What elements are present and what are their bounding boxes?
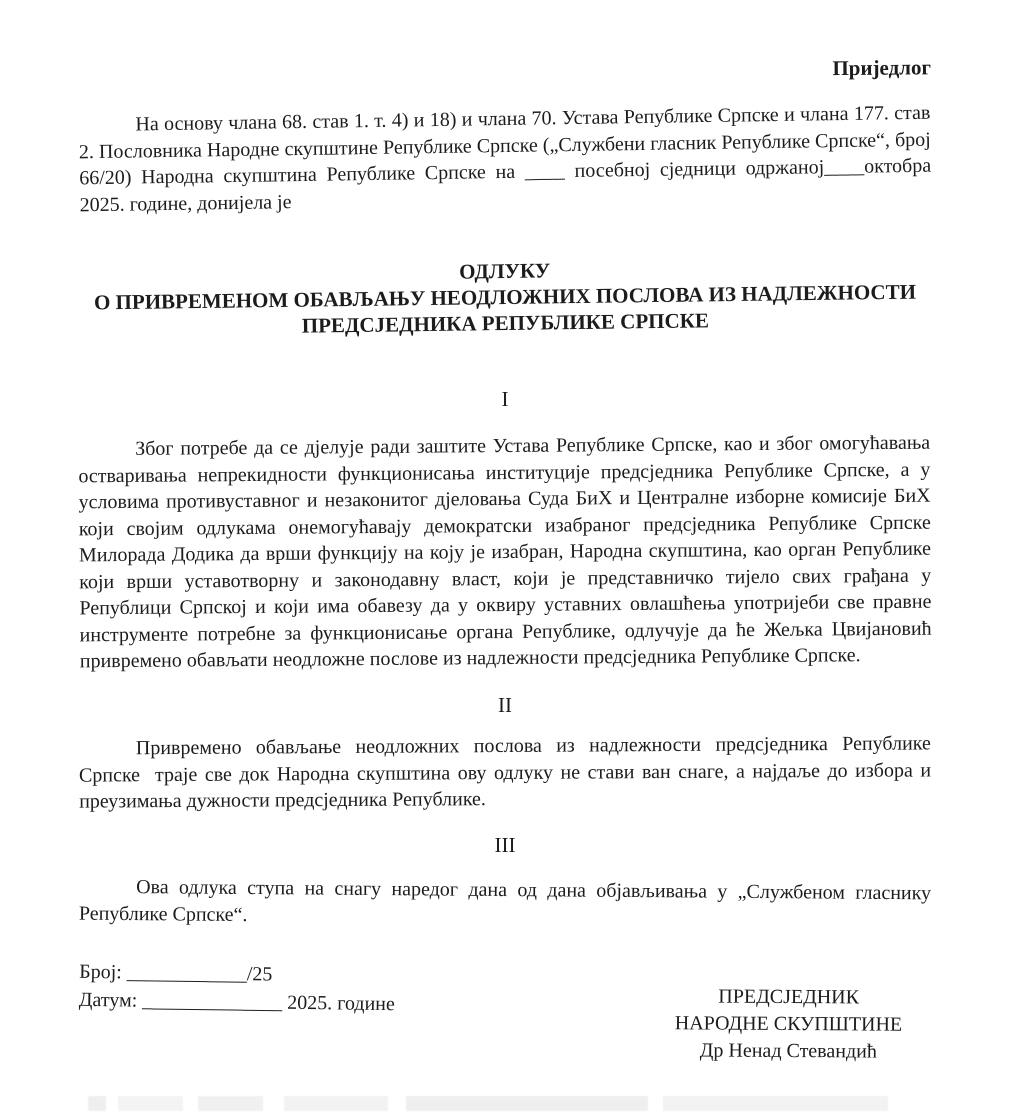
section-numeral-1: I (79, 386, 931, 412)
decision-title-subject: О ПРИВРЕМЕНОМ ОБАВЉАЊУ НЕОДЛОЖНИХ ПОСЛОВ… (79, 278, 932, 341)
section-paragraph-3: Ова одлука ступа на снагу наредог дана о… (79, 874, 931, 934)
section-paragraph-1: Због потребе да се дјелује ради заштите … (78, 430, 932, 675)
preamble-paragraph: На основу члана 68. став 1. т. 4) и 18) … (78, 100, 931, 219)
signature-institution: НАРОДНЕ СКУПШТИНЕ (646, 1010, 931, 1039)
signature-block: ПРЕДСЈЕДНИК НАРОДНЕ СКУПШТИНЕ Др Ненад С… (646, 983, 931, 1066)
number-date-block: Број: ____________/25 Датум: ___________… (79, 958, 396, 1018)
document-content: Приједлог На основу члана 68. став 1. т.… (0, 0, 1009, 1065)
document-footer: Број: ____________/25 Датум: ___________… (79, 960, 931, 1065)
section-paragraph-2: Привремено обављање неодложних послова и… (79, 730, 931, 815)
section-numeral-3: III (79, 832, 931, 858)
signature-title: ПРЕДСЈЕДНИК (646, 983, 931, 1012)
document-date-line: Датум: ______________ 2025. године (79, 986, 395, 1018)
section-numeral-2: II (79, 692, 931, 718)
document-page: Приједлог На основу члана 68. став 1. т.… (0, 0, 1009, 1113)
document-type-label: Приједлог (79, 54, 931, 87)
signature-name: Др Ненад Стевандић (646, 1037, 931, 1066)
decision-title: ОДЛУКУ О ПРИВРЕМЕНОМ ОБАВЉАЊУ НЕОДЛОЖНИХ… (79, 252, 932, 341)
scan-artifact-band (88, 1096, 940, 1111)
document-number-line: Број: ____________/25 (79, 958, 395, 990)
